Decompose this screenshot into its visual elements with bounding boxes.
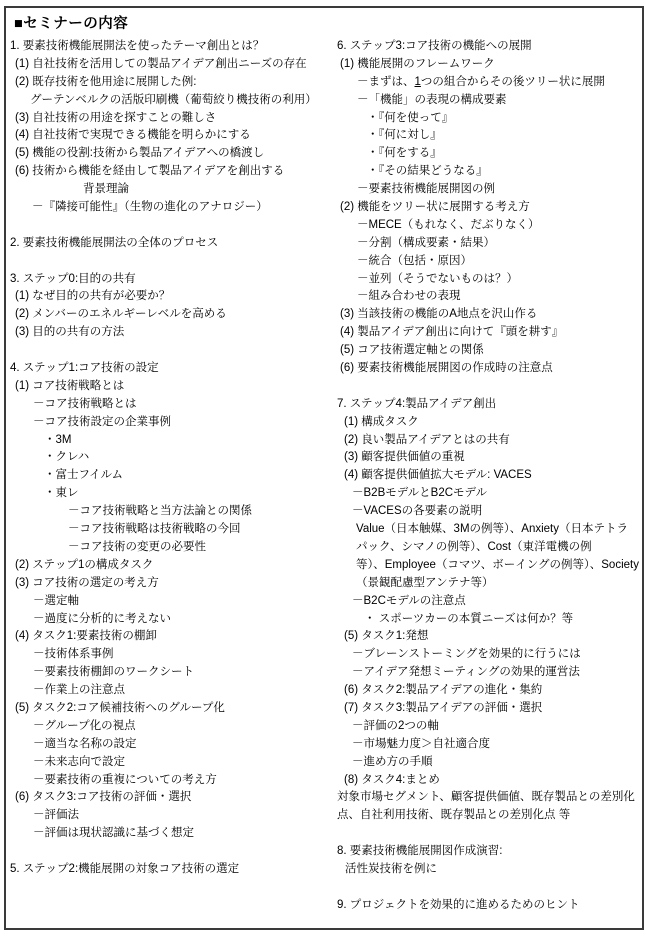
toc-line: (6) タスク2:製品アイデアの進化・集約 <box>337 682 643 700</box>
toc-blank-line <box>337 378 643 396</box>
toc-line: (3) コア技術の選定の考え方 <box>10 575 332 593</box>
toc-line: －グループ化の視点 <box>10 718 332 736</box>
toc-line: －作業上の注意点 <box>10 682 332 700</box>
toc-line: 1. 要素技術機能展開法を使ったテーマ創出とは？ <box>10 38 332 56</box>
toc-line: (2) メンバーのエネルギーレベルを高める <box>10 306 332 324</box>
toc-line: －組み合わせの表現 <box>337 288 643 306</box>
toc-line: 5. ステップ2:機能展開の対象コア技術の選定 <box>10 861 332 879</box>
toc-line: (5) 機能の役割:技術から製品アイデアへの橋渡し <box>10 145 332 163</box>
toc-line: －選定軸 <box>10 593 332 611</box>
toc-line: －適当な名称の設定 <box>10 736 332 754</box>
toc-line: －まずは、1つの組合からその後ツリー状に展開 <box>337 74 643 92</box>
toc-line: ・東レ <box>10 485 332 503</box>
toc-line: －評価法 <box>10 807 332 825</box>
toc-line: (2) 良い製品アイデアとはの共有 <box>337 432 643 450</box>
toc-line: (7) タスク3:製品アイデアの評価・選択 <box>337 700 643 718</box>
toc-line: －技術体系事例 <box>10 646 332 664</box>
toc-line: －コア技術戦略は技術戦略の今回 <box>10 521 332 539</box>
toc-line: －進め方の手順 <box>337 754 643 772</box>
toc-line: 7. ステップ4:製品アイデア創出 <box>337 396 643 414</box>
toc-line: (1) 構成タスク <box>337 414 643 432</box>
toc-line: －市場魅力度＞自社適合度 <box>337 736 643 754</box>
toc-line: ・『何に対し』 <box>337 127 643 145</box>
toc-line: －過度に分析的に考えない <box>10 611 332 629</box>
toc-line: －『隣接可能性』（生物の進化のアナロジー） <box>10 199 332 217</box>
toc-blank-line <box>10 342 332 360</box>
toc-line: (2) 既存技術を他用途に展開した例: <box>10 74 332 92</box>
toc-line: (6) 技術から機能を経由して製品アイデアを創出する <box>10 163 332 181</box>
toc-line: (3) 目的の共有の方法 <box>10 324 332 342</box>
toc-line: (2) 機能をツリー状に展開する考え方 <box>337 199 643 217</box>
toc-line: －コア技術の変更の必要性 <box>10 539 332 557</box>
toc-line: (1) なぜ目的の共有が必要か？ <box>10 288 332 306</box>
toc-line: Value（日本触媒、3Mの例等）、Anxiety（日本テトラ <box>337 521 643 539</box>
toc-line: (5) タスク2:コア候補技術へのグループ化 <box>10 700 332 718</box>
toc-line: (5) タスク1:発想 <box>337 628 643 646</box>
toc-blank-line <box>10 217 332 235</box>
toc-line: (1) コア技術戦略とは <box>10 378 332 396</box>
toc-line: (4) 製品アイデア創出に向けて『頭を耕す』 <box>337 324 643 342</box>
toc-line: ・『何をする』 <box>337 145 643 163</box>
toc-line: －統合（包括・原因） <box>337 253 643 271</box>
toc-line: －並列（そうでないものは？） <box>337 271 643 289</box>
toc-line: －アイデア発想ミーティングの効果的運営法 <box>337 664 643 682</box>
toc-line: (6) タスク3:コア技術の評価・選択 <box>10 789 332 807</box>
toc-line: (3) 顧客提供価値の重視 <box>337 449 643 467</box>
toc-line: (3) 当該技術の機能のA地点を沢山作る <box>337 306 643 324</box>
toc-line: (3) 自社技術の用途を探すことの難しさ <box>10 110 332 128</box>
toc-line: 6. ステップ3:コア技術の機能への展開 <box>337 38 643 56</box>
toc-line: (4) 自社技術で実現できる機能を明らかにする <box>10 127 332 145</box>
toc-line: ・富士フイルム <box>10 467 332 485</box>
toc-line: －評価の2つの軸 <box>337 718 643 736</box>
toc-blank-line <box>10 843 332 861</box>
toc-line: 4. ステップ1:コア技術の設定 <box>10 360 332 378</box>
toc-line: (4) 顧客提供価値拡大モデル: VACES <box>337 467 643 485</box>
toc-line: ・クレハ <box>10 449 332 467</box>
toc-line: (4) タスク1:要素技術の棚卸 <box>10 628 332 646</box>
toc-line: （景観配慮型アンテナ等） <box>337 575 643 593</box>
toc-line: ・ スポーツカーの本質ニーズは何か？等 <box>337 611 643 629</box>
toc-line: －B2BモデルとB2Cモデル <box>337 485 643 503</box>
toc-line: 活性炭技術を例に <box>337 861 643 879</box>
toc-line: －B2Cモデルの注意点 <box>337 593 643 611</box>
toc-column-right: 6. ステップ3:コア技術の機能への展開(1) 機能展開のフレームワーク－まずは… <box>337 38 643 915</box>
toc-line: (2) ステップ1の構成タスク <box>10 557 332 575</box>
toc-line: －VACESの各要素の説明 <box>337 503 643 521</box>
toc-column-left: 1. 要素技術機能展開法を使ったテーマ創出とは？(1) 自社技術を活用しての製品… <box>10 38 332 879</box>
document-page: { "page": { "title": "■セミナーの内容" }, "colu… <box>0 0 650 939</box>
toc-line: グーテンベルクの活版印刷機（葡萄絞り機技術の利用） <box>10 92 332 110</box>
toc-line: ・『その結果どうなる』 <box>337 163 643 181</box>
toc-line-text: つの組合からその後ツリー状に展開 <box>421 76 605 88</box>
toc-line-text: －まずは、 <box>357 76 415 88</box>
toc-line: (6) 要素技術機能展開図の作成時の注意点 <box>337 360 643 378</box>
toc-line: －MECE（もれなく、だぶりなく） <box>337 217 643 235</box>
toc-line: －要素技術棚卸のワークシート <box>10 664 332 682</box>
toc-line: (8) タスク4:まとめ <box>337 772 643 790</box>
toc-line: 8. 要素技術機能展開図作成演習: <box>337 843 643 861</box>
toc-line: (5) コア技術選定軸との関係 <box>337 342 643 360</box>
toc-line: －ブレーンストーミングを効果的に行うには <box>337 646 643 664</box>
toc-line: －未来志向で設定 <box>10 754 332 772</box>
toc-line: (1) 自社技術を活用しての製品アイデア創出ニーズの存在 <box>10 56 332 74</box>
toc-line: －評価は現状認識に基づく想定 <box>10 825 332 843</box>
page-title: ■セミナーの内容 <box>14 12 128 33</box>
toc-line: －要素技術の重複についての考え方 <box>10 772 332 790</box>
toc-line: 2. 要素技術機能展開法の全体のプロセス <box>10 235 332 253</box>
toc-line: 等）、Employee（コマツ、ボーイングの例等）、Society <box>337 557 643 575</box>
toc-blank-line <box>337 825 643 843</box>
toc-blank-line <box>337 879 643 897</box>
toc-line: 点、自社利用技術、既存製品との差別化点 等 <box>337 807 643 825</box>
toc-line: 3. ステップ0:目的の共有 <box>10 271 332 289</box>
toc-line: (1) 機能展開のフレームワーク <box>337 56 643 74</box>
toc-line: パック、シマノの例等）、Cost（東洋電機の例 <box>337 539 643 557</box>
toc-line: －コア技術戦略とは <box>10 396 332 414</box>
toc-blank-line <box>10 253 332 271</box>
toc-line: －コア技術設定の企業事例 <box>10 414 332 432</box>
toc-line: ・3M <box>10 432 332 450</box>
toc-line: 対象市場セグメント、顧客提供価値、既存製品との差別化 <box>337 789 643 807</box>
toc-line: ・『何を使って』 <box>337 110 643 128</box>
toc-line: －要素技術機能展開図の例 <box>337 181 643 199</box>
toc-line: 9. プロジェクトを効果的に進めるためのヒント <box>337 897 643 915</box>
toc-line: 背景理論 <box>10 181 332 199</box>
toc-line: －「機能」の表現の構成要素 <box>337 92 643 110</box>
toc-line: －コア技術戦略と当方法論との関係 <box>10 503 332 521</box>
toc-line: －分割（構成要素・結果） <box>337 235 643 253</box>
